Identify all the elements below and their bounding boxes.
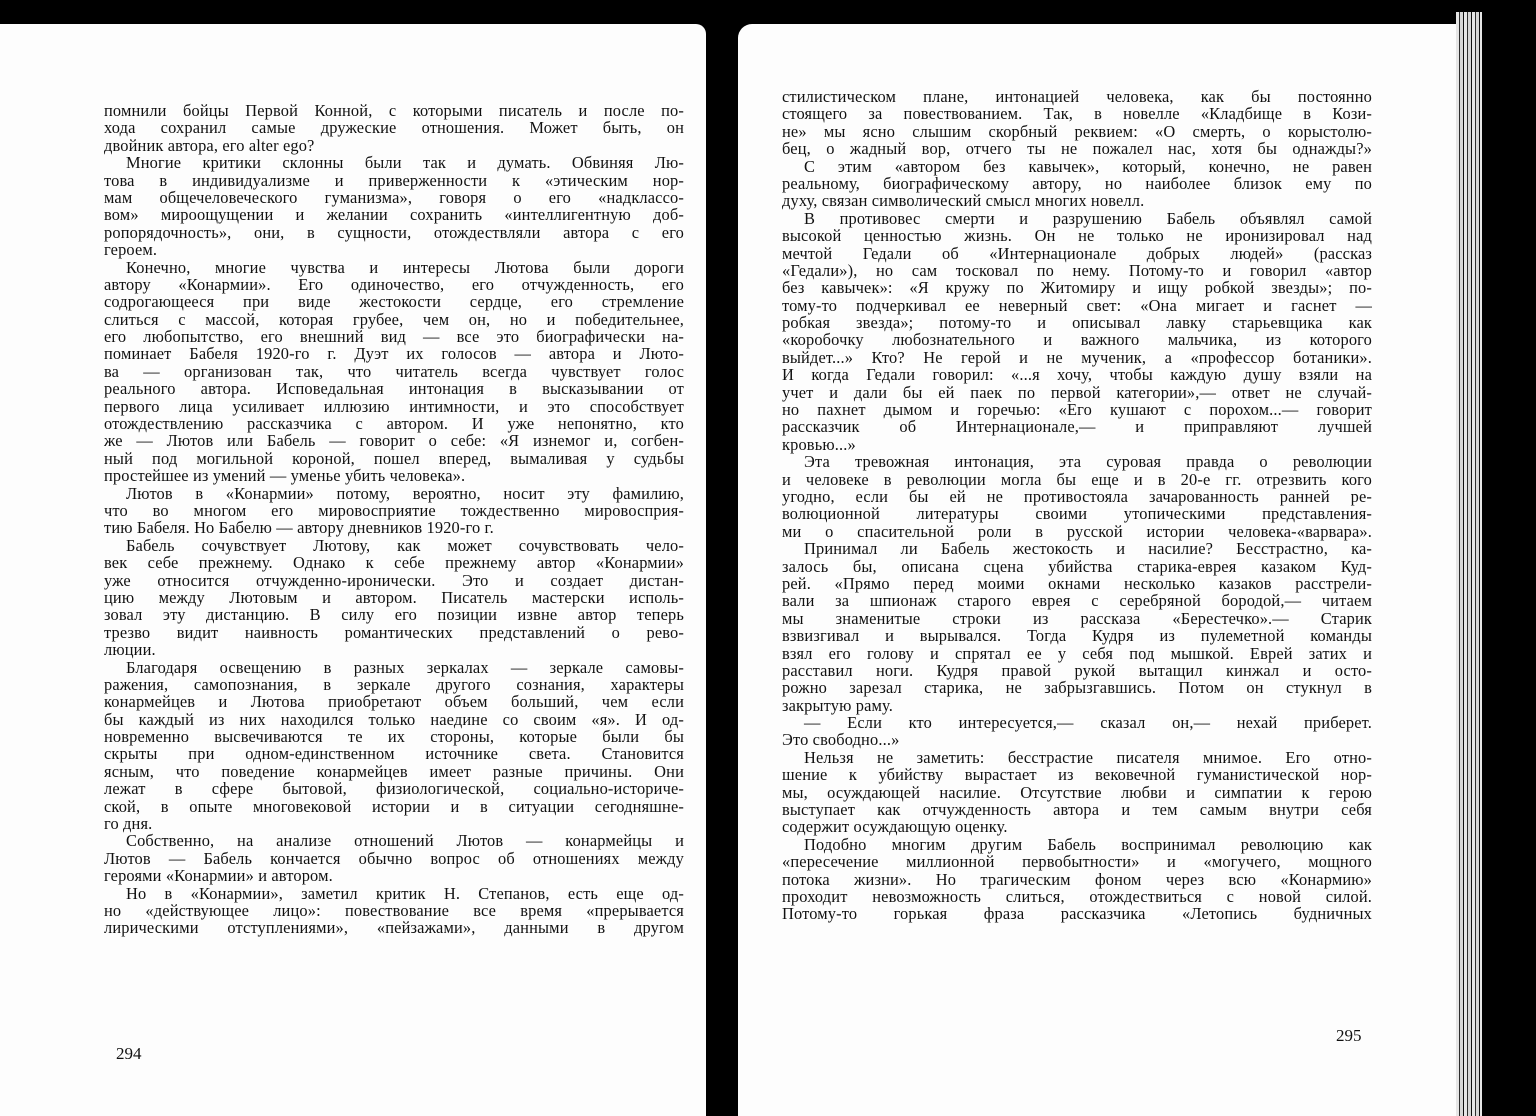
text-line: реального автора. Исповедальная интонаци… [104, 380, 684, 397]
text-line: ропорядочность», они, в сущности, отожде… [104, 224, 684, 241]
text-line: бец, о жадный вор, отчего ты не пожалел … [782, 140, 1372, 157]
text-line: высокой ценностью жизнь. Он не только не… [782, 227, 1372, 244]
text-line: Бабель сочувствует Лютову, как может соч… [104, 537, 684, 554]
text-line: что во многом его мировосприятие тождест… [104, 502, 684, 519]
text-line: лежат в сфере бытовой, физиологической, … [104, 780, 684, 797]
text-line: тому-то подчеркивал ее неверный свет: «О… [782, 297, 1372, 314]
text-line: кровью...» [782, 436, 1372, 453]
text-line: век себе прежнему. Однако к себе прежнем… [104, 554, 684, 571]
text-line: Эта тревожная интонация, эта суровая пра… [782, 453, 1372, 470]
text-line: же — Лютов или Бабель — говорит о себе: … [104, 432, 684, 449]
text-line: ражения, самопознания, в зеркале другого… [104, 676, 684, 693]
text-line: — Если кто интересуется,— сказал он,— не… [782, 714, 1372, 731]
left-page-body: помнили бойцы Первой Конной, с которыми … [104, 102, 684, 937]
text-line: залось бы, описана сцена убийства старик… [782, 558, 1372, 575]
text-line: волюционной литературы своими утопически… [782, 505, 1372, 522]
text-line: но «действующее лицо»: повествование все… [104, 902, 684, 919]
text-line: мам общечеловеческого гуманизма», говоря… [104, 189, 684, 206]
text-line: стоящего за повествованием. Так, в новел… [782, 105, 1372, 122]
book-page-edges [1456, 12, 1482, 1116]
text-line: Потому-то горькая фраза рассказчика «Лет… [782, 905, 1372, 922]
text-line: конармейцев и Лютова приобретают объем б… [104, 693, 684, 710]
text-line: ми о спасительной роли в русской истории… [782, 523, 1372, 540]
page-number-right: 295 [1336, 1026, 1362, 1046]
text-line: вали за шпионаж старого еврея с серебрян… [782, 592, 1372, 609]
text-line: простейшее из умений — уменье убить чело… [104, 467, 684, 484]
text-line: бы каждый из них находился только наедин… [104, 711, 684, 728]
text-line: расставил ноги. Кудря правой рукой вытащ… [782, 662, 1372, 679]
text-line: «коробочку любознательного и важного мал… [782, 331, 1372, 348]
text-line: отождествлению рассказчика с автором. И … [104, 415, 684, 432]
text-line: шение к убийству вырастает из вековечной… [782, 766, 1372, 783]
text-line: Нельзя не заметить: бесстрастие писателя… [782, 749, 1372, 766]
text-line: Это свободно...» [782, 731, 1372, 748]
text-line: поминает Бабеля 1920-го г. Дуэт их голос… [104, 345, 684, 362]
text-line: Собственно, на анализе отношений Лютов —… [104, 832, 684, 849]
text-line: двойник автора, его alter ego? [104, 137, 684, 154]
text-line: Но в «Конармии», заметил критик Н. Степа… [104, 885, 684, 902]
text-line: первого лица усиливает иллюзию интимност… [104, 398, 684, 415]
text-line: героями «Конармии» и автором. [104, 867, 684, 884]
text-line: содрогающееся при виде жестокости сердце… [104, 293, 684, 310]
text-line: ской, в опыте многовековой истории и в с… [104, 798, 684, 815]
text-line: уже относится отчужденно-иронически. Это… [104, 572, 684, 589]
text-line: автору «Конармии». Его одиночество, его … [104, 276, 684, 293]
text-line: рожно зарезал старика, не забрызгавшись.… [782, 679, 1372, 696]
text-line: рей. «Прямо перед моими окнами несколько… [782, 575, 1372, 592]
text-line: потока жизни». Но трагическим фоном чере… [782, 871, 1372, 888]
text-line: слиться с массой, которая грубее, чем он… [104, 311, 684, 328]
text-line: зовал эту дистанцию. В силу его позиции … [104, 606, 684, 623]
text-line: мы, осуждающей насилие. Отсутствие любви… [782, 784, 1372, 801]
text-line: лирическими отступлениями», «пейзажами»,… [104, 919, 684, 936]
text-line: Конечно, многие чувства и интересы Лютов… [104, 259, 684, 276]
text-line: и человеке в революции могла бы еще и в … [782, 471, 1372, 488]
text-line: новременно высвечиваются те их стороны, … [104, 728, 684, 745]
text-line: рассказчик об Интернационале,— и приправ… [782, 418, 1372, 435]
right-page: стилистическом плане, интонацией человек… [738, 24, 1456, 1116]
text-line: но пахнет дымом и горечью: «Его кушают с… [782, 401, 1372, 418]
text-line: реальному, биографическому автору, но на… [782, 175, 1372, 192]
text-line: тию Бабеля. Но Бабелю — автору дневников… [104, 519, 684, 536]
text-line: помнили бойцы Первой Конной, с которыми … [104, 102, 684, 119]
text-line: трезво видит наивность романтических пре… [104, 624, 684, 641]
text-line: В противовес смерти и разрушению Бабель … [782, 210, 1372, 227]
text-line: цию между Лютовым и автором. Писатель ма… [104, 589, 684, 606]
text-line: «пересечение миллионной первобытности» и… [782, 853, 1372, 870]
text-line: содержит осуждающую оценку. [782, 818, 1372, 835]
text-line: С этим «автором без кавычек», который, к… [782, 158, 1372, 175]
text-line: мы знаменитые строки из рассказа «Берест… [782, 610, 1372, 627]
text-line: угодно, если бы ей не противостояла зача… [782, 488, 1372, 505]
left-page: помнили бойцы Первой Конной, с которыми … [0, 24, 706, 1116]
text-line: ясным, что поведение конармейцев имеет р… [104, 763, 684, 780]
text-line: Благодаря освещению в разных зеркалах — … [104, 659, 684, 676]
text-line: робкая звезда»; потому-то и описывал лав… [782, 314, 1372, 331]
text-line: вом» мироощущении и желании сохранить «и… [104, 206, 684, 223]
text-line: ва — организован так, что читатель всегд… [104, 363, 684, 380]
text-line: Принимал ли Бабель жестокость и насилие?… [782, 540, 1372, 557]
text-line: това в индивидуализме и приверженности к… [104, 172, 684, 189]
text-line: люции. [104, 641, 684, 658]
text-line: взял его голову и спрятал ее у себя под … [782, 645, 1372, 662]
text-line: выйдет...» Кто? Не герой и не мученик, а… [782, 349, 1372, 366]
text-line: проходит невозможность слиться, отождест… [782, 888, 1372, 905]
right-page-body: стилистическом плане, интонацией человек… [782, 88, 1372, 923]
text-line: Подобно многим другим Бабель воспринимал… [782, 836, 1372, 853]
text-line: закрытую раму. [782, 697, 1372, 714]
page-number-left: 294 [116, 1044, 142, 1064]
text-line: взвизгивал и вырывался. Тогда Кудря из п… [782, 627, 1372, 644]
text-line: скрыты при одном-единственном источнике … [104, 745, 684, 762]
text-line: героем. [104, 241, 684, 258]
text-line: без кавычек»: «Я кружу по Житомиру и ищу… [782, 279, 1372, 296]
text-line: стилистическом плане, интонацией человек… [782, 88, 1372, 105]
text-line: мечтой Гедали об «Интернационале добрых … [782, 245, 1372, 262]
text-line: Многие критики склонны были так и думать… [104, 154, 684, 171]
text-line: И когда Гедали говорил: «...я хочу, чтоб… [782, 366, 1372, 383]
text-line: Лютов в «Конармии» потому, вероятно, нос… [104, 485, 684, 502]
text-line: Лютов — Бабель кончается обычно вопрос о… [104, 850, 684, 867]
text-line: хода сохранил самые дружеские отношения.… [104, 119, 684, 136]
text-line: учет и дали бы ей паек по первой категор… [782, 384, 1372, 401]
text-line: выступает как отчужденность автора и тем… [782, 801, 1372, 818]
text-line: го дня. [104, 815, 684, 832]
book-spread-scan: помнили бойцы Первой Конной, с которыми … [0, 0, 1536, 1116]
text-line: не» мы ясно слышим скорбный реквием: «О … [782, 123, 1372, 140]
text-line: ный под могильной короной, пошел вперед,… [104, 450, 684, 467]
text-line: его любопытство, его внешний вид — все э… [104, 328, 684, 345]
book-gutter [706, 0, 738, 1116]
text-line: духу, связан символический смысл многих … [782, 192, 1372, 209]
text-line: «Гедали»), но сам тосковал по нему. Пото… [782, 262, 1372, 279]
